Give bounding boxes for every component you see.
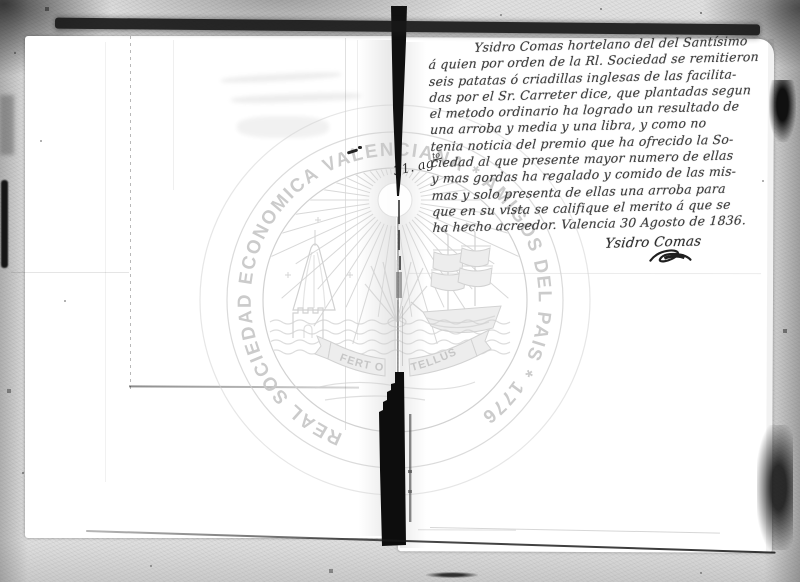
scan-artifact-blob: [1, 180, 8, 268]
spine-crack-line: [397, 300, 399, 372]
hayrick-icon: [293, 230, 335, 310]
page-fold-line: [11, 272, 129, 273]
spine-smudge: [396, 272, 402, 298]
manuscript-text-block: Ysidro Comas hortelano del del Santísimo…: [428, 33, 779, 256]
spine-tick: [408, 490, 412, 493]
spine-shadow-top: [391, 6, 407, 196]
spine-crack-line: [402, 306, 403, 366]
scan-artifact-blob: [0, 95, 14, 155]
sheet-edge-line: [105, 42, 106, 482]
signature-flourish: [646, 245, 695, 270]
scan-artifact-blob: [426, 572, 478, 578]
ink-scribble: [358, 146, 362, 149]
scan-artifact-blob: [769, 80, 796, 142]
spine-shadow: [372, 0, 420, 582]
scan-noise-speckles: [0, 0, 2, 2]
spine-tick: [408, 470, 412, 473]
spine-crack-line: [409, 414, 411, 522]
spine-shadow-bottom: [379, 372, 406, 546]
sheet-edge-line: [130, 36, 131, 392]
scanned-manuscript-page: REAL SOCIEDAD ECONOMICA VALENCIANA * AMI…: [0, 0, 800, 582]
scan-artifact-blob: [757, 425, 793, 550]
spine-crack-line: [398, 200, 401, 270]
